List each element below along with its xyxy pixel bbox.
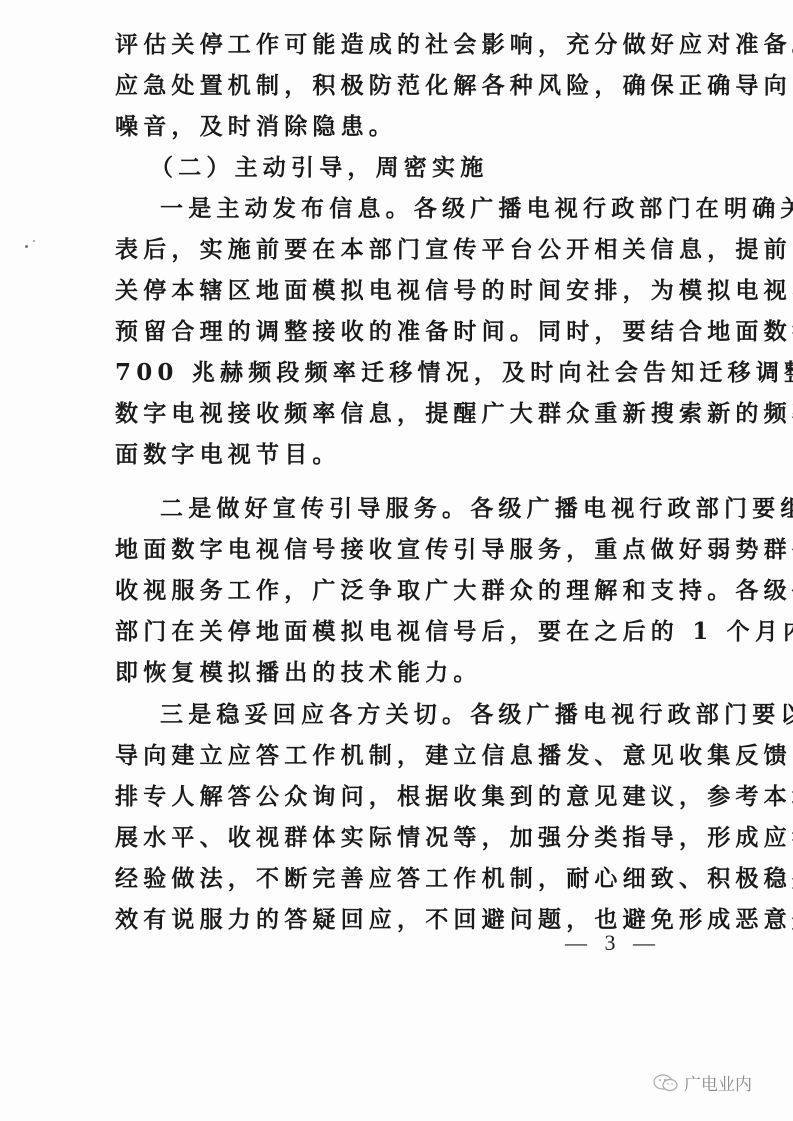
- paragraph-start: 二是做好宣传引导服务。各级广播电视行政部门要组织做好: [160, 494, 730, 524]
- body-line: 预留合理的调整接收的准备时间。同时，要结合地面数字电视: [115, 317, 685, 347]
- page-number: — 3 —: [565, 930, 661, 956]
- body-line: 导向建立应答工作机制，建立信息播发、意见收集反馈的渠道，安: [115, 741, 685, 771]
- paragraph-start: 三是稳妥回应各方关切。各级广播电视行政部门要以问题为: [160, 700, 730, 730]
- body-line: 经验做法，不断完善应答工作机制，耐心细致、积极稳妥作出有实: [115, 864, 685, 894]
- paragraph-start: 一是主动发布信息。各级广播电视行政部门在明确关停时间: [160, 194, 730, 224]
- section-heading: （二）主动引导，周密实施: [150, 153, 720, 183]
- body-line: 面数字电视节目。: [115, 440, 685, 470]
- body-line: 收视服务工作，广泛争取广大群众的理解和支持。各级传输发射: [115, 576, 685, 606]
- body-line: 排专人解答公众询问，根据收集到的意见建议，参考本地区经济发: [115, 782, 685, 812]
- body-line: 噪音，及时消除隐患。: [115, 112, 685, 142]
- body-line: 关停本辖区地面模拟电视信号的时间安排，为模拟电视收视群体: [115, 276, 685, 306]
- body-line: 数字电视接收频率信息，提醒广大群众重新搜索新的频率接收地: [115, 399, 685, 429]
- body-line: 应急处置机制，积极防范化解各种风险，确保正确导向，严防杂音: [115, 71, 685, 101]
- body-line: 即恢复模拟播出的技术能力。: [115, 658, 685, 688]
- watermark-text: 广电业内: [684, 1070, 752, 1095]
- scan-speck: [33, 240, 35, 242]
- body-line: 表后，实施前要在本部门宣传平台公开相关信息，提前向社会告知: [115, 235, 685, 265]
- body-line: 展水平、收视群体实际情况等，加强分类指导，形成应答模版，积累: [115, 823, 685, 853]
- body-line: 部门在关停地面模拟电视信号后，要在之后的 1 个月内保持可立: [115, 617, 685, 647]
- watermark: 广电业内: [652, 1070, 752, 1095]
- body-line: 评估关停工作可能造成的社会影响，充分做好应对准备。要建立: [115, 30, 685, 60]
- body-line: 700 兆赫频段频率迁移情况，及时向社会告知迁移调整后的地面: [115, 358, 685, 388]
- document-page: 评估关停工作可能造成的社会影响，充分做好应对准备。要建立 应急处置机制，积极防范…: [0, 0, 793, 1121]
- body-line: 地面数字电视信号接收宣传引导服务，重点做好弱势群体的帮扶: [115, 535, 685, 565]
- wechat-icon: [652, 1073, 680, 1093]
- scan-speck: [25, 245, 28, 248]
